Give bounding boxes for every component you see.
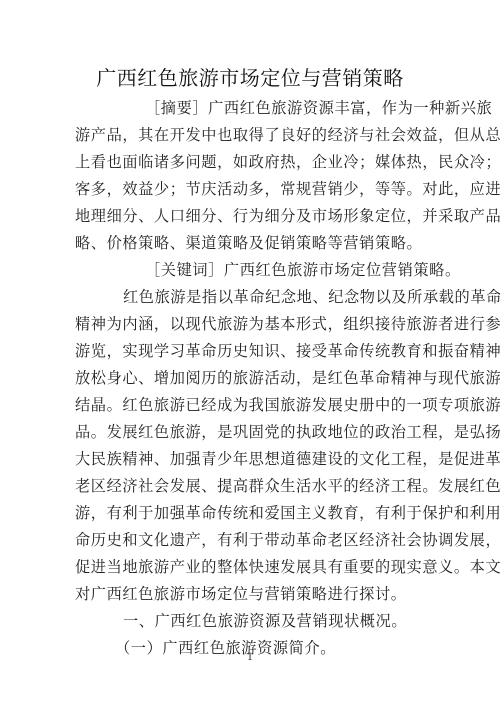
text-line: ［摘要］广西红色旅游资源丰富，作为一种新兴旅 <box>145 98 497 118</box>
text-line: 品。发展红色旅游，是巩固党的执政地位的政治工程，是弘扬伟 <box>75 422 427 442</box>
text-line: 放松身心、增加阅历的旅游活动，是红色革命精神与现代旅游的 <box>75 368 427 388</box>
text-line: 上看也面临诸多问题，如政府热，企业冷；媒体热，民众冷；游 <box>75 152 427 172</box>
text-line: 游览，实现学习革命历史知识、接受革命传统教育和振奋精神、 <box>75 341 427 361</box>
text-line: 一、广西红色旅游资源及营销现状概况。 <box>123 611 475 631</box>
text-line: 客多，效益少；节庆活动多，常规营销少，等等。对此，应进行 <box>75 179 427 199</box>
text-line: 促进当地旅游产业的整体快速发展具有重要的现实意义。本文试 <box>75 557 427 577</box>
text-line: 游产品，其在开发中也取得了良好的经济与社会效益，但从总体 <box>75 125 427 145</box>
page-number: 1 <box>0 652 500 663</box>
text-line: 结晶。红色旅游已经成为我国旅游发展史册中的一项专项旅游产 <box>75 395 427 415</box>
text-line: 命历史和文化遗产，有利于带动革命老区经济社会协调发展，对 <box>75 530 427 550</box>
text-line: 老区经济社会发展、提高群众生活水平的经济工程。发展红色旅 <box>75 476 427 496</box>
text-line: 红色旅游是指以革命纪念地、纪念物以及所承载的革命 <box>123 287 475 307</box>
text-line: 对广西红色旅游市场定位与营销策略进行探讨。 <box>75 584 427 604</box>
text-line: 略、价格策略、渠道策略及促销策略等营销策略。 <box>75 233 427 253</box>
text-line: 大民族精神、加强青少年思想道德建设的文化工程，是促进革命 <box>75 449 427 469</box>
text-line: 游，有利于加强革命传统和爱国主义教育，有利于保护和利用革 <box>75 503 427 523</box>
text-line: 精神为内涵，以现代旅游为基本形式，组织接待旅游者进行参观 <box>75 314 427 334</box>
text-line: 地理细分、人口细分、行为细分及市场形象定位，并采取产品策 <box>75 206 427 226</box>
document-title: 广西红色旅游市场定位与营销策略 <box>0 62 500 91</box>
text-line: ［关键词］广西红色旅游市场定位营销策略。 <box>145 260 497 280</box>
